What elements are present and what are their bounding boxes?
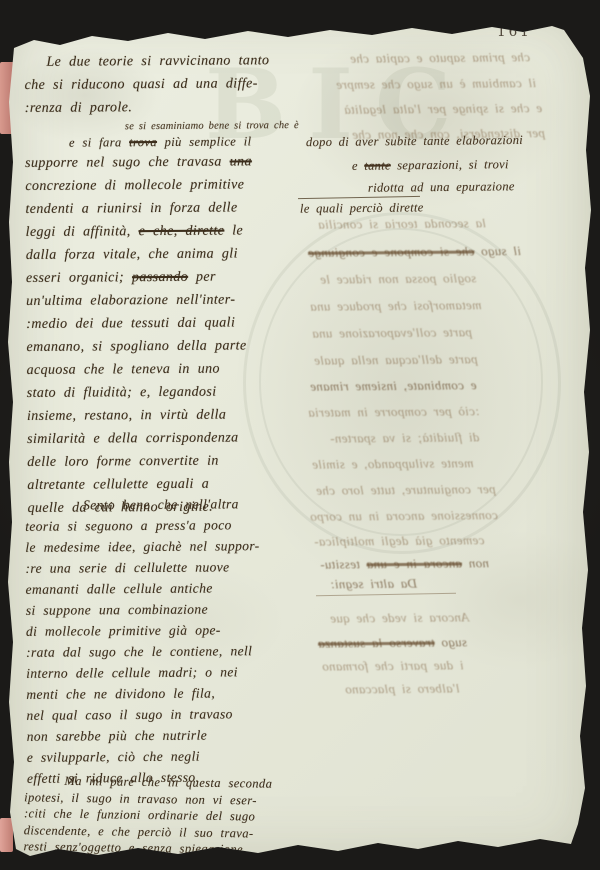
text-line: :medio dei due tessuti dai quali bbox=[26, 311, 300, 336]
text-line: e svilupparle, ciò che negli bbox=[27, 745, 261, 768]
struck-text: passando bbox=[132, 270, 188, 285]
text-line: non ancora in e una tessitu- bbox=[320, 555, 489, 572]
text-line: emanano, si spogliano della parte bbox=[26, 334, 300, 359]
struck-text: che si compone e congiunge bbox=[308, 243, 474, 259]
text-line: leggi di affinità, e che, dirette le bbox=[26, 219, 300, 244]
text-line: stato di fluidità; e, legandosi bbox=[27, 380, 301, 405]
text-line: cemento già degli moltiplica- bbox=[314, 532, 485, 549]
text-line: menti che ne dividono le fila, bbox=[26, 682, 260, 705]
text-line: l'albero si placcano bbox=[345, 680, 460, 697]
text-line: nel qual caso il sugo in travaso bbox=[26, 703, 260, 726]
main-text-paragraph-2: Sento bene che nell'altrateoria si seguo… bbox=[25, 493, 261, 789]
under-sheet-edge-bottom bbox=[0, 818, 13, 852]
text-line: concrezione di mollecole primitive bbox=[25, 173, 299, 198]
text-line: le medesime idee, giachè nel suppor- bbox=[25, 535, 259, 558]
struck-text: tante bbox=[364, 158, 391, 172]
text-line: ridotta ad una epurazione bbox=[368, 179, 515, 196]
text-line: un'ultima elaborazione nell'inter- bbox=[26, 288, 300, 313]
text-line: il sugo che si compone e congiunge bbox=[308, 243, 521, 261]
text-line: Da altri segni: bbox=[330, 576, 417, 593]
text-line: :rata dal sugo che le contiene, nell bbox=[26, 640, 260, 663]
struck-text: una bbox=[230, 154, 252, 169]
text-line: le quali perciò dirette bbox=[300, 200, 424, 216]
text-line: esseri organici; passando per bbox=[26, 265, 300, 290]
text-line: che si riducono quasi ad una diffe- bbox=[25, 72, 299, 97]
text-line: mente sviluppando, e simile bbox=[312, 455, 474, 472]
text-line: la seconda teoria si concilia bbox=[318, 215, 486, 232]
text-line: e combinate, insieme rimane bbox=[310, 377, 477, 394]
text-line: di mollecole primitive già ope- bbox=[26, 619, 260, 642]
main-text-paragraph-1: Le due teorie si ravvicinano tantoche si… bbox=[24, 49, 301, 520]
text-line: :ciò per comporre in materia bbox=[308, 403, 480, 420]
text-line: si suppone una combinazione bbox=[26, 598, 260, 621]
text-line: supporre nel sugo che travasa una bbox=[25, 150, 299, 175]
text-line: insieme, restano, in virtù della bbox=[27, 403, 301, 428]
text-line: acquosa che le teneva in uno bbox=[27, 357, 301, 382]
text-line: interno delle cellule madri; o nei bbox=[26, 661, 260, 684]
text-line: e si fara trova più semplice il bbox=[69, 133, 299, 152]
text-line: similarità e della corrispondenza bbox=[27, 426, 301, 451]
text-line: delle loro forme convertite in bbox=[27, 449, 301, 474]
text-line: dopo di aver subite tante elaborazioni bbox=[306, 133, 523, 150]
text-line: non sarebbe più che nutrirle bbox=[27, 724, 261, 747]
text-line: e tante separazioni, si trovi bbox=[352, 157, 509, 174]
text-line: :re una serie di cellulette nuove bbox=[25, 556, 259, 579]
text-line: teoria si seguono a press'a poco bbox=[25, 514, 259, 537]
struck-text: traverso la sustanza bbox=[318, 635, 435, 651]
text-line: Sento bene che nell'altra bbox=[83, 493, 259, 515]
text-line: sugo traverso la sustanza bbox=[318, 634, 467, 651]
text-line: che prima saputo e capita che bbox=[350, 49, 530, 67]
text-line: i due parti che formano bbox=[322, 657, 464, 674]
text-line: metamorfosi che produce una bbox=[310, 297, 482, 314]
text-line: il cambium è un sugo che sempre bbox=[336, 75, 536, 93]
struck-text: trova bbox=[129, 135, 157, 149]
text-line: Ancora si vede che que bbox=[330, 609, 469, 626]
text-line: parte coll'evaporazione una bbox=[312, 324, 472, 341]
text-line: connessione ancora in un corpo bbox=[310, 507, 498, 525]
text-line: :renza di parole. bbox=[25, 95, 299, 120]
struck-text: ancora in e una bbox=[366, 555, 462, 571]
main-text-paragraph-3: Ma mi pare che in questa secondaipotesi,… bbox=[23, 772, 272, 858]
marginal-note-underline bbox=[298, 196, 420, 199]
text-line: e che si spinge per l'alta legalità bbox=[344, 100, 542, 118]
bleed-through-heading-underline bbox=[316, 593, 456, 596]
struck-text: e che, dirette bbox=[139, 224, 225, 240]
text-line: dalla forza vitale, che anima gli bbox=[26, 242, 300, 267]
text-line: Le due teorie si ravvicinano tanto bbox=[46, 49, 298, 74]
text-line: emananti dalle cellule antiche bbox=[26, 577, 260, 600]
text-line: di fluidità; si va sparten- bbox=[330, 429, 480, 446]
text-line: soglio possa non riduce le bbox=[320, 270, 476, 287]
text-line: per congiunture, tutte loro che bbox=[316, 481, 496, 499]
text-line: tendenti a riunirsi in forza delle bbox=[25, 196, 299, 221]
text-line: parte dell'acqua nella quale bbox=[314, 351, 478, 368]
manuscript-page: BIC 161 Oltre di ciò io devo che è piùch… bbox=[0, 0, 600, 870]
text-line: se si esaminiamo bene si trova che è bbox=[125, 118, 299, 134]
